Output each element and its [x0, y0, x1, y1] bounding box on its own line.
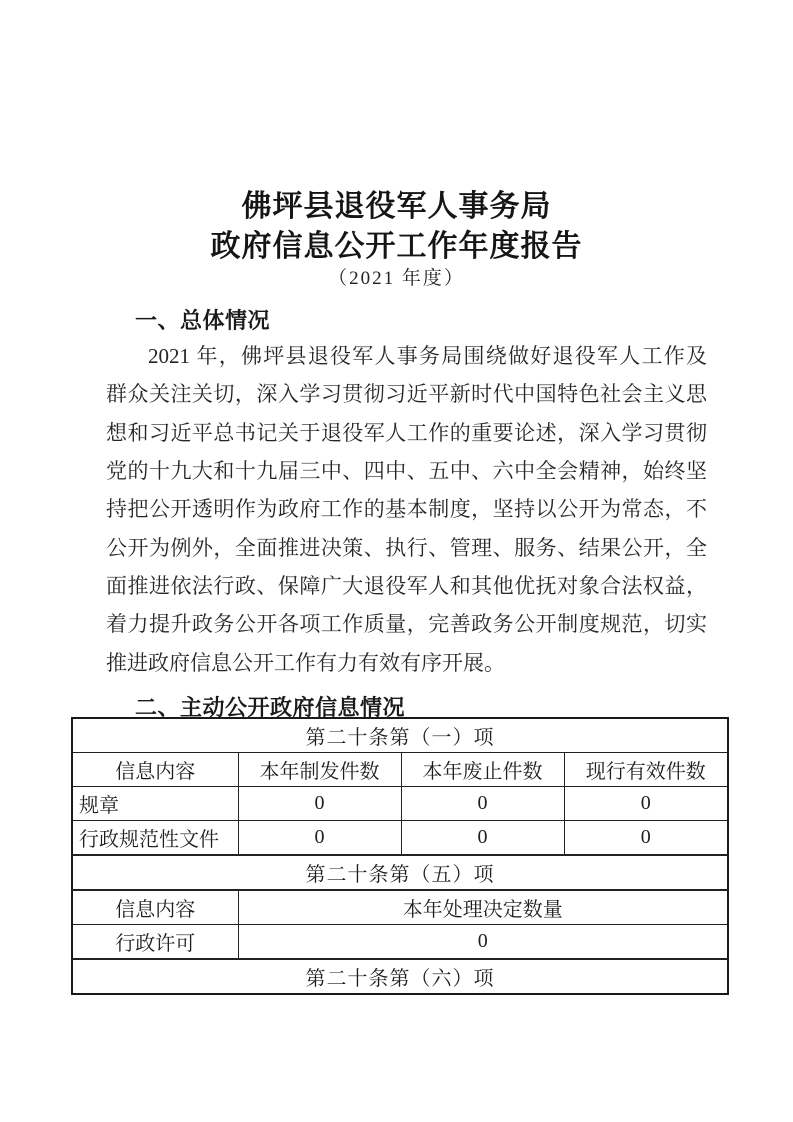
article6-title-cell: 第二十条第（六）项	[72, 959, 728, 994]
table-row-article5-title: 第二十条第（五）项	[72, 855, 728, 890]
paragraph-line-9: 推进政府信息公开工作有力有效有序开展。	[106, 644, 707, 682]
header-cell-issued: 本年制发件数	[238, 753, 401, 787]
table-row-article6-title: 第二十条第（六）项	[72, 959, 728, 994]
header-cell-effective: 现行有效件数	[564, 753, 728, 787]
regulations-repealed-value: 0	[401, 787, 564, 821]
document-title-line2: 政府信息公开工作年度报告	[0, 221, 793, 265]
table-row-article1-title: 第二十条第（一）项	[72, 718, 728, 753]
table-header-row: 信息内容 本年制发件数 本年废止件数 现行有效件数	[72, 753, 728, 787]
paragraph-line-2: 群众关注关切，深入学习贯彻习近平新时代中国特色社会主义思	[106, 375, 707, 413]
normative-issued-value: 0	[238, 821, 401, 856]
document-title-line1: 佛坪县退役军人事务局	[0, 181, 793, 225]
section1-heading: 一、总体情况	[135, 304, 270, 335]
paragraph-line-8: 着力提升政务公开各项工作质量，完善政务公开制度规范，切实	[106, 605, 707, 643]
paragraph-line-6: 公开为例外，全面推进决策、执行、管理、服务、结果公开，全	[106, 529, 707, 567]
section1-paragraph: 2021 年，佛坪县退役军人事务局围绕做好退役军人工作及 群众关注关切，深入学习…	[106, 337, 707, 682]
paragraph-line-7: 面推进依法行政、保障广大退役军人和其他优抚对象合法权益，	[106, 567, 707, 605]
row-label-admin-license: 行政许可	[72, 925, 238, 960]
table-row-normative-documents: 行政规范性文件 0 0 0	[72, 821, 728, 856]
header2-info-content: 信息内容	[72, 890, 238, 925]
document-page: 佛坪县退役军人事务局 政府信息公开工作年度报告 （2021 年度） 一、总体情况…	[0, 0, 793, 1122]
regulations-issued-value: 0	[238, 787, 401, 821]
normative-effective-value: 0	[564, 821, 728, 856]
table-row-regulations: 规章 0 0 0	[72, 787, 728, 821]
article1-title-cell: 第二十条第（一）项	[72, 718, 728, 753]
header-cell-repealed: 本年废止件数	[401, 753, 564, 787]
regulations-effective-value: 0	[564, 787, 728, 821]
article5-title-cell: 第二十条第（五）项	[72, 855, 728, 890]
row-label-normative-documents: 行政规范性文件	[72, 821, 238, 856]
table-header2-row: 信息内容 本年处理决定数量	[72, 890, 728, 925]
row-label-regulations: 规章	[72, 787, 238, 821]
paragraph-line-1: 2021 年，佛坪县退役军人事务局围绕做好退役军人工作及	[106, 337, 707, 375]
header-cell-info-content: 信息内容	[72, 753, 238, 787]
paragraph-line-3: 想和习近平总书记关于退役军人工作的重要论述，深入学习贯彻	[106, 414, 707, 452]
document-subtitle-year: （2021 年度）	[0, 263, 793, 290]
paragraph-line-4: 党的十九大和十九届三中、四中、五中、六中全会精神，始终坚	[106, 452, 707, 490]
normative-repealed-value: 0	[401, 821, 564, 856]
admin-license-value: 0	[238, 925, 728, 960]
paragraph-line-5: 持把公开透明作为政府工作的基本制度，坚持以公开为常态，不	[106, 490, 707, 528]
disclosure-info-table: 第二十条第（一）项 信息内容 本年制发件数 本年废止件数 现行有效件数 规章 0…	[71, 717, 729, 995]
table-row-admin-license: 行政许可 0	[72, 925, 728, 960]
header2-decisions: 本年处理决定数量	[238, 890, 728, 925]
